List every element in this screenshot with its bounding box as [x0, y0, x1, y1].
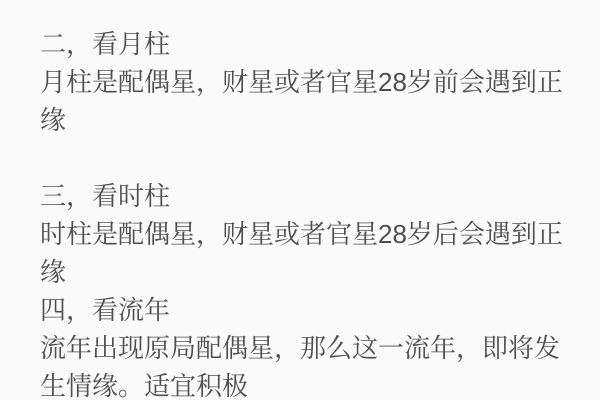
section-heading-flow-year: 四，看流年 [40, 291, 564, 329]
body-line: 时柱是配偶星，财星或者官星28岁后会遇到正 [40, 215, 564, 253]
body-line: 月柱是配偶星，财星或者官星28岁前会遇到正 [40, 63, 564, 101]
body-line: 缘 [40, 101, 564, 139]
blank-line [40, 139, 564, 177]
body-line: 生情缘。适宜积极 [40, 367, 564, 400]
article-page: 二，看月柱 月柱是配偶星，财星或者官星28岁前会遇到正 缘 三，看时柱 时柱是配… [0, 0, 600, 400]
body-line: 缘 [40, 253, 564, 291]
section-heading-hour-pillar: 三，看时柱 [40, 177, 564, 215]
section-heading-month-pillar: 二，看月柱 [40, 25, 564, 63]
article-text: 二，看月柱 月柱是配偶星，财星或者官星28岁前会遇到正 缘 三，看时柱 时柱是配… [0, 0, 600, 400]
body-line: 流年出现原局配偶星，那么这一流年，即将发 [40, 329, 564, 367]
